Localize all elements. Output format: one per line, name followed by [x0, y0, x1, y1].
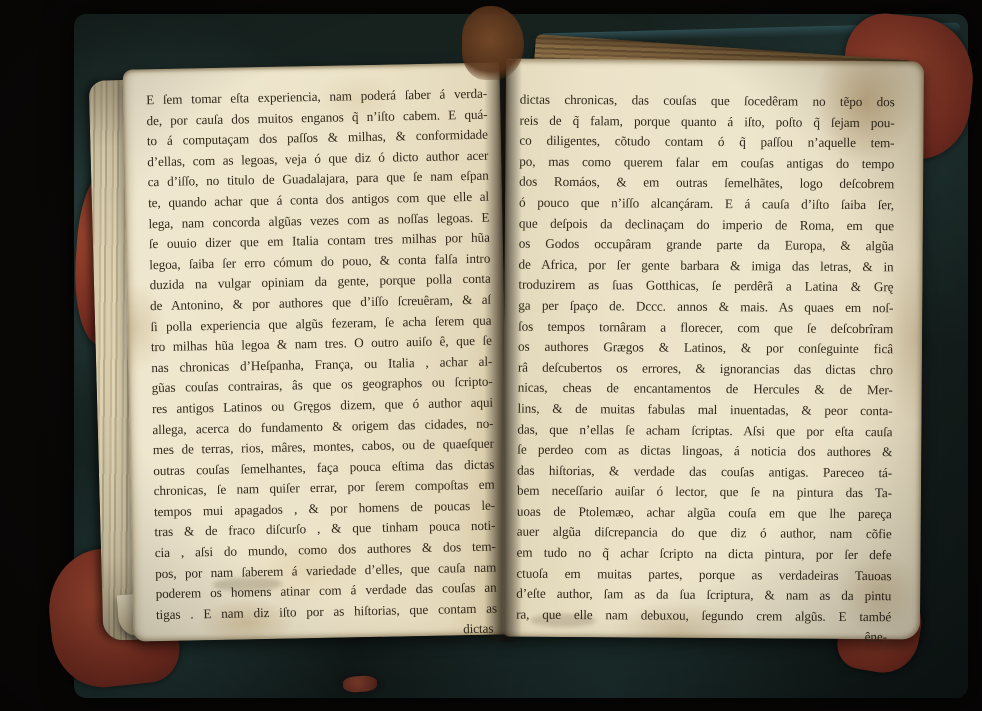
text-line: os Godos occupâram grande parte da Europ… [519, 234, 894, 257]
text-line: dictas chronicas, das couſas que ſocedêr… [520, 90, 895, 113]
right-page: dictas chronicas, das couſas que ſocedêr… [502, 59, 924, 640]
text-line: uoas de Ptolemæo, achar algũa couſa em q… [517, 502, 892, 525]
text-line: troduzirem as ſuas Gotthicas, ſe perdêrã… [518, 275, 893, 298]
text-line: d’eſte author, ſam as da ſua ſcriptura, … [516, 584, 891, 607]
book-scan-photo: E ſem tomar eſta experiencia, nam poderá… [0, 0, 982, 711]
text-line: reis de q̃ falam, porque quanto á iſto, … [520, 110, 895, 133]
text-line: ó pouco que n’iſſo alcançáram. E á cauſa… [519, 193, 894, 216]
text-line: os authores Grægos & Latinos, & por conſ… [518, 337, 893, 360]
text-line: râ deſcubertos os errores, & ignorancias… [518, 357, 893, 380]
text-line: nicas, cheas de encantamentos de Hercule… [518, 378, 893, 401]
text-line: co diligentes, cõtudo contam ó q̃ paſſou… [519, 131, 894, 154]
text-line: ra, que elle nam debuxou, ſegundo crem a… [516, 604, 891, 627]
text-line: das hiſtorias, & verdade das couſas anti… [517, 460, 892, 483]
text-line: ſe perdeo com as dictas lingoas, á notic… [517, 440, 892, 463]
text-line: lins, & de muitas fabulas mal inuentadas… [518, 399, 893, 422]
text-line: dos Romáos, & em outras ſemelhãtes, logo… [519, 172, 894, 195]
text-line: ſos tempos tornâram a florecer, com que … [518, 316, 893, 339]
right-page-text: dictas chronicas, das couſas que ſocedêr… [516, 90, 895, 649]
text-line: auer algũa diſcrepancia do que diz ó aut… [517, 522, 892, 545]
text-line: po, mas como querem falar em couſas anti… [519, 151, 894, 174]
text-line: de Africa, por ſer gente barbara & imiga… [519, 254, 894, 277]
text-line: em tudo no q̃ achar ſcripto na dicta pin… [516, 543, 891, 566]
spine-damage-patch [462, 6, 524, 80]
text-line: bem neceſſario auiſar ó lector, que ſe n… [517, 481, 892, 504]
left-page-text: E ſem tomar eſta experiencia, nam poderá… [146, 84, 498, 646]
catchword: êne- [516, 625, 891, 648]
text-line: ctuoſa em muitas partes, porque as verda… [516, 563, 891, 586]
text-line: das, que n’ellas ſe acham ſcriptas. Aſsi… [517, 419, 892, 442]
text-line: que deſpois da declinaçam do imperio de … [519, 213, 894, 236]
left-page: E ſem tomar eſta experiencia, nam poderá… [123, 62, 511, 641]
gutter-shadow [484, 60, 522, 642]
text-line: ga per ſpaço de. Dccc. annos & mais. As … [518, 296, 893, 319]
